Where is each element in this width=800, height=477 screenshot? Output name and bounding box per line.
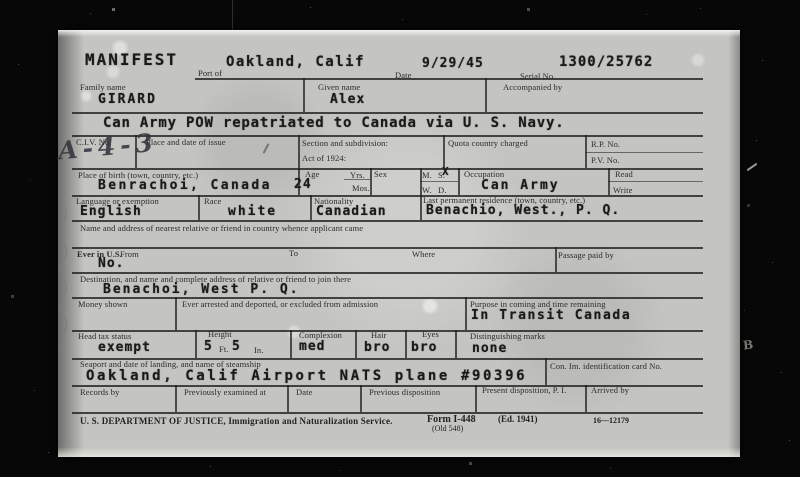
grid-line [585, 152, 703, 153]
grid-line [175, 385, 177, 412]
arrived-by-label: Arrived by [591, 385, 629, 395]
eyes-value: bro [411, 340, 437, 355]
grid-line [298, 135, 300, 168]
con-im-card-label: Con. Im. identification card No. [550, 361, 662, 371]
exam-date-label: Date [296, 387, 312, 397]
grid-line [290, 330, 292, 358]
in-label: In. [254, 345, 264, 355]
seaport-value: Oakland, Calif Airport NATS plane #90396 [86, 368, 527, 384]
film-frame-letter: B [742, 338, 754, 353]
agency-name: U. S. DEPARTMENT OF JUSTICE, Immigration… [80, 416, 393, 426]
rp-no-label: R.P. No. [591, 139, 620, 149]
divorced-label: D. [438, 185, 446, 195]
grid-line [72, 412, 703, 414]
print-code: 16—12179 [593, 416, 629, 425]
eyes-label: Eyes [422, 329, 439, 339]
previously-examined-label: Previously examined at [184, 387, 266, 397]
manifest-card: MANIFEST Port of Oakland, Calif Date 9/2… [58, 30, 740, 457]
accompanied-by-label: Accompanied by [503, 82, 562, 92]
grid-line [608, 181, 703, 182]
where-label: Where [412, 249, 435, 259]
grid-line [585, 135, 587, 168]
act-1924-label: Act of 1924: [302, 153, 346, 163]
remark-line: Can Army POW repatriated to Canada via U… [103, 115, 564, 131]
grid-line [475, 385, 477, 412]
head-tax-value: exempt [98, 340, 151, 355]
language-value: English [80, 204, 142, 219]
grid-line [310, 195, 312, 220]
film-edge-line [232, 0, 233, 34]
occupation-value: Can Army [481, 178, 560, 193]
manifest-title: MANIFEST [85, 50, 178, 69]
age-value: 24 [294, 177, 312, 192]
grid-line [303, 78, 305, 112]
microfilm-scan: { "colors": { "film_background": "#07070… [0, 0, 800, 477]
grid-line [458, 168, 460, 195]
hair-value: bro [364, 340, 390, 355]
grid-line [465, 297, 467, 330]
race-value: white [228, 204, 277, 219]
single-x-mark: X [442, 165, 449, 178]
destination-value: Benachoi, West P. Q. [103, 282, 300, 297]
grid-line [608, 168, 610, 195]
pen-mark [263, 143, 270, 154]
grid-line [72, 220, 703, 222]
grid-line [360, 385, 362, 412]
form-old-number: (Old 548) [432, 424, 463, 433]
given-name-value: Alex [330, 92, 365, 107]
present-disposition-label: Present disposition, P. I. [482, 385, 566, 395]
complexion-value: med [299, 339, 325, 354]
records-by-label: Records by [80, 387, 119, 397]
height-in-value: 5 [232, 339, 241, 354]
grid-line [443, 135, 445, 168]
previous-disposition-label: Previous disposition [369, 387, 440, 397]
last-residence-value: Benachio, West., P. Q. [426, 203, 620, 218]
grid-line [72, 330, 703, 332]
margin-handwriting-icon [52, 178, 70, 358]
grid-line [72, 112, 703, 114]
distinguishing-marks-label: Distinguishing marks [470, 331, 545, 341]
married-label: M. [422, 170, 432, 180]
grid-line [195, 330, 197, 358]
to-label: To [289, 248, 298, 258]
grid-line [72, 195, 703, 197]
hair-label: Hair [371, 330, 387, 340]
family-name-label: Family name [80, 82, 126, 92]
grid-line [405, 330, 407, 358]
grid-line [72, 247, 703, 249]
grid-line [455, 330, 457, 358]
nearest-relative-label: Name and address of nearest relative or … [80, 223, 363, 233]
purpose-value: In Transit Canada [471, 308, 631, 323]
grid-line [485, 78, 487, 112]
handwritten-civ-note: A-4-3 [57, 128, 159, 166]
given-name-label: Given name [318, 82, 360, 92]
nationality-value: Canadian [316, 204, 387, 219]
date-label: Date [395, 70, 411, 80]
grid-line [175, 297, 177, 330]
serial-no-label: Serial No. [520, 71, 555, 81]
ever-in-us-value: No. [98, 256, 124, 271]
grid-line [420, 181, 458, 182]
family-name-value: GIRARD [98, 92, 157, 107]
grid-line [555, 247, 557, 272]
ever-arrested-label: Ever arrested and deported, or excluded … [182, 299, 378, 309]
ft-label: Ft. [219, 344, 229, 354]
sex-label: Sex [374, 169, 387, 179]
port-label: Port of [198, 68, 222, 78]
section-subdivision-label: Section and subdivision: [302, 138, 388, 148]
serial-no-value: 1300/25762 [559, 54, 653, 70]
grid-line [545, 358, 547, 385]
date-value: 9/29/45 [422, 56, 484, 71]
place-of-birth-value: Benrachoi, Canada [98, 178, 272, 193]
money-shown-label: Money shown [78, 299, 128, 309]
height-label: Height [208, 329, 232, 339]
form-edition: (Ed. 1941) [498, 414, 538, 424]
quota-country-label: Quota country charged [448, 138, 528, 148]
widowed-label: W. [422, 185, 432, 195]
grid-line [370, 168, 372, 195]
grid-line [585, 385, 587, 412]
grid-line [198, 195, 200, 220]
grid-line [287, 385, 289, 412]
grid-line [195, 78, 703, 80]
grid-line [420, 195, 422, 220]
race-label: Race [204, 196, 221, 206]
grid-line [72, 297, 703, 299]
passage-paid-label: Passage paid by [558, 250, 614, 260]
write-label: Write [613, 185, 633, 195]
port-value: Oakland, Calif [226, 54, 365, 70]
film-scratch [747, 163, 758, 172]
read-label: Read [615, 169, 633, 179]
mos-label: Mos. [352, 183, 370, 193]
distinguishing-marks-value: none [472, 341, 507, 356]
film-dust-specks [0, 0, 1, 1]
pv-no-label: P.V. No. [591, 155, 620, 165]
yrs-label: Yrs. [350, 170, 365, 180]
grid-line [355, 330, 357, 358]
height-ft-value: 5 [204, 339, 213, 354]
